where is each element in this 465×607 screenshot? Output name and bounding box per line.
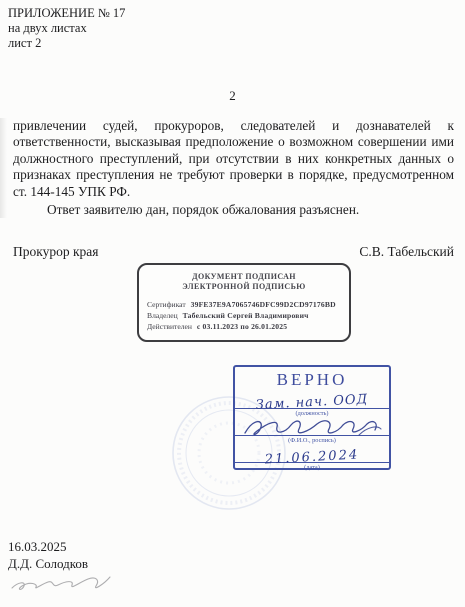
esig-certificate-value: 39FE37E9A7065746DFC99D2CD97176BD — [191, 300, 336, 309]
esig-certificate-line: Сертификат 39FE37E9A7065746DFC99D2CD9717… — [147, 299, 341, 310]
verno-date-line: 21.06.2024 — [235, 444, 389, 463]
esig-stamp-title: ДОКУМЕНТ ПОДПИСАН ЭЛЕКТРОННОЙ ПОДПИСЬЮ — [147, 272, 341, 292]
verno-fio-line — [235, 417, 389, 436]
esig-title-line1: ДОКУМЕНТ ПОДПИСАН — [147, 272, 341, 282]
esig-owner-label: Владелец — [147, 311, 178, 320]
footer-signature-scribble — [8, 572, 118, 596]
page-number: 2 — [0, 88, 465, 104]
esig-validity-label: Действителен — [147, 322, 192, 331]
footer-block: 16.03.2025 Д.Д. Солодков — [8, 538, 88, 572]
esig-validity-line: Действителен с 03.11.2023 по 26.01.2025 — [147, 321, 341, 332]
esig-title-line2: ЭЛЕКТРОННОЙ ПОДПИСЬЮ — [147, 282, 341, 292]
electronic-signature-stamp: ДОКУМЕНТ ПОДПИСАН ЭЛЕКТРОННОЙ ПОДПИСЬЮ С… — [137, 263, 351, 342]
verno-stamp: ВЕРНО Зам. нач. ООД (должность) (Ф.И.О.,… — [233, 365, 391, 470]
esig-stamp-details: Сертификат 39FE37E9A7065746DFC99D2CD9717… — [147, 299, 341, 332]
signatory-row: Прокурор края С.В. Табельский — [13, 244, 454, 260]
verno-title: ВЕРНО — [235, 370, 389, 390]
verno-position-line: Зам. нач. ООД — [235, 390, 389, 409]
appendix-number: ПРИЛОЖЕНИЕ № 17 — [8, 6, 125, 21]
footer-date: 16.03.2025 — [8, 538, 88, 555]
body-text: привлечении судей, прокуроров, следовате… — [13, 118, 454, 218]
body-paragraph-2: Ответ заявителю дан, порядок обжалования… — [13, 202, 454, 218]
document-page: ПРИЛОЖЕНИЕ № 17 на двух листах лист 2 2 … — [0, 0, 465, 607]
footer-name: Д.Д. Солодков — [8, 555, 88, 572]
scan-artifact — [0, 118, 7, 218]
signatory-position: Прокурор края — [13, 244, 99, 260]
signature-scribble — [239, 415, 385, 441]
appendix-sheet-number: лист 2 — [8, 36, 125, 51]
signatory-name: С.В. Табельский — [359, 244, 454, 260]
appendix-sheets: на двух листах — [8, 21, 125, 36]
appendix-header: ПРИЛОЖЕНИЕ № 17 на двух листах лист 2 — [8, 6, 125, 51]
esig-owner-line: Владелец Табельский Сергей Владимирович — [147, 310, 341, 321]
body-paragraph-1: привлечении судей, прокуроров, следовате… — [13, 118, 454, 200]
esig-validity-value: с 03.11.2023 по 26.01.2025 — [197, 322, 287, 331]
esig-certificate-label: Сертификат — [147, 300, 186, 309]
esig-owner-value: Табельский Сергей Владимирович — [183, 311, 309, 320]
